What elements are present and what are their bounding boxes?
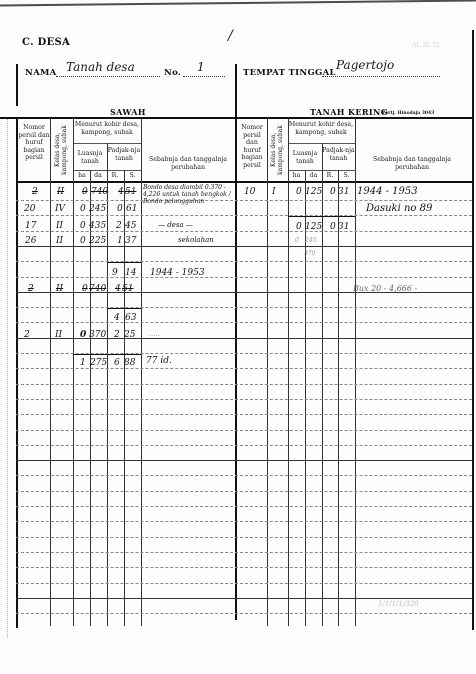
tk-sebab: Dasuki no 89 (366, 203, 432, 214)
tk-da: 370 (304, 250, 315, 257)
row-rule (16, 430, 472, 431)
sawah-nomor: 26 (25, 236, 36, 246)
tempat-tinggal-value: Pagertojo (336, 58, 394, 72)
row-rule (16, 506, 472, 507)
row-rule (16, 277, 472, 278)
row-rule (16, 567, 472, 568)
no-field[interactable]: 1 (183, 64, 225, 77)
tempat-tinggal-field[interactable]: Pagertojo (322, 64, 440, 77)
sawah-s: 45 (125, 221, 136, 231)
ledger-page: C. DESA / AL 32 72 NAMA Tanah desa No. 1… (0, 0, 476, 674)
sawah-col-ha: ha (74, 172, 90, 180)
tk-col-kelas: Kelas desa, kampong, subak (270, 122, 286, 178)
faint-bottom-note: 1/1/1/1/320 (378, 600, 419, 608)
sawah-s: 63 (125, 313, 136, 323)
tk-r: 0 (330, 187, 336, 197)
sawah-s: 37 (125, 236, 136, 246)
sawah-col-padjak: Padjak-nja tanah (107, 147, 141, 162)
row-rule (16, 491, 472, 492)
tk-col-nomor: Nomor persil dan huruf bagian persil (237, 124, 267, 170)
row-rule (16, 322, 472, 323)
row-rule (16, 215, 472, 216)
sawah-kelas: II (56, 221, 63, 231)
sawah-r: 1 (117, 236, 123, 246)
tk-col-sebab: Sebabnja dan tanggalnja perubahan (362, 156, 462, 171)
sawah-r: 2 (114, 330, 120, 340)
tk-col-menurut: Menurut kohir desa, kampong, subak (288, 121, 354, 136)
tk-ha: 0 (296, 187, 302, 197)
sawah-r: 6 (114, 358, 120, 368)
col-rule (141, 118, 142, 626)
sawah-da: 740 (89, 284, 106, 294)
sawah-r: 0 (117, 204, 123, 214)
tk-da: 245 (305, 237, 316, 244)
row-rule (16, 246, 472, 247)
tk-sebab: 1944 - 1953 (357, 186, 418, 197)
sawah-nomor: 20 (24, 204, 35, 214)
sawah-da: 275 (90, 358, 107, 368)
tk-r: 0 (330, 222, 336, 232)
sawah-da: 740 (91, 187, 108, 197)
col-rule (267, 118, 268, 626)
sawah-col-da: da (90, 172, 106, 180)
col-rule (73, 118, 74, 626)
tk-col-padjak: Padjak-nja tanah (322, 147, 355, 162)
header-top-rule (0, 117, 472, 119)
sawah-ha: 0 (80, 221, 86, 231)
no-value: 1 (197, 60, 205, 74)
subtotal-rule (288, 216, 355, 217)
tk-col-r: R. (322, 172, 338, 180)
col-rule (355, 118, 356, 626)
tk-kelas: I (272, 187, 276, 197)
sawah-kelas: II (55, 330, 62, 340)
binding-margin (7, 118, 8, 638)
sawah-col-sebab: Sebabnja dan tanggalnja perubahan (148, 156, 228, 171)
subtotal-rule (107, 262, 141, 263)
sawah-col-kelas: Kelas desa, kampong, subak (54, 122, 70, 178)
nama-value: Tanah desa (66, 60, 135, 74)
sawah-sebab: ..... (149, 330, 160, 338)
sawah-s: 25 (124, 330, 135, 340)
tk-da: 125 (305, 187, 322, 197)
sawah-kelas: IV (55, 204, 65, 214)
row-rule (16, 598, 472, 599)
sawah-nomor: 2 (24, 330, 30, 340)
sawah-da: 225 (89, 236, 106, 246)
col-rule (338, 170, 339, 626)
col-rule (50, 118, 51, 626)
sawah-kelas: II (56, 236, 63, 246)
tk-col-s: S. (338, 172, 355, 180)
sawah-nomor: 2 (32, 187, 38, 197)
sawah-col-luasnja: Luasnja tanah (74, 150, 106, 165)
sawah-col-r: R. (106, 172, 124, 180)
tk-col-luasnja: Luasnja tanah (288, 150, 322, 165)
tk-s: 31 (338, 187, 349, 197)
row-rule (16, 460, 472, 461)
faint-stamp: AL 32 72 (412, 42, 439, 49)
corner-mark: / (228, 28, 233, 44)
sawah-ha: 0 (80, 236, 86, 246)
sawah-col-s: S. (124, 172, 141, 180)
sawah-s: 61 (126, 204, 137, 214)
row-rule (16, 445, 472, 446)
tk-col-da: da (305, 172, 322, 180)
tk-sebab: Bux 20 - 4,666 - (353, 284, 417, 293)
row-rule (16, 475, 472, 476)
frame-left-top (16, 64, 18, 106)
row-rule (16, 399, 472, 400)
tk-col-ha: ha (288, 172, 305, 180)
nama-field[interactable]: Tanah desa (56, 64, 160, 77)
sawah-da: 245 (89, 204, 106, 214)
tanah-kering-heading: TANAH KERING (310, 107, 388, 117)
sawah-nomor: 2 (28, 284, 34, 294)
sawah-s: 88 (124, 358, 135, 368)
no-label: No. (164, 68, 181, 78)
tk-s: 31 (338, 222, 349, 232)
sawah-r: 4 (118, 187, 124, 197)
sawah-r: 4 (115, 284, 121, 294)
row-rule (16, 384, 472, 385)
sawah-kelas: II (56, 284, 63, 294)
printer-note: Pertj. Hinodaja 3043 (382, 111, 434, 116)
sawah-sebab: 77 id. (146, 356, 172, 366)
row-rule (16, 521, 472, 522)
row-rule (16, 537, 472, 538)
sawah-r: 4 (114, 313, 120, 323)
sawah-col-nomor: Nomor persil dan huruf bagian persil (18, 124, 50, 162)
row-rule (16, 261, 472, 262)
row-rule (16, 368, 472, 369)
sawah-da: 370 (89, 330, 106, 340)
sawah-col-menurut: Menurut kohir desa, kampong, subak (74, 121, 140, 136)
total-rule (73, 354, 141, 355)
sawah-da: 435 (89, 221, 106, 231)
sawah-r: 2 (116, 221, 122, 231)
tk-ha: 0 (296, 222, 302, 232)
sawah-sebab: Bondo desa diambil 0.370 - 4,226 untuk t… (143, 184, 238, 205)
header-bottom-rule (16, 181, 472, 183)
sawah-s: 51 (125, 187, 136, 197)
sawah-ha: 0 (82, 187, 88, 197)
row-rule (16, 613, 472, 614)
sawah-s: 14 (125, 268, 136, 278)
tk-nomor: 10 (244, 187, 255, 197)
sawah-sebab: 1944 - 1953 (150, 268, 205, 278)
row-rule (16, 231, 472, 232)
nama-label: NAMA (25, 68, 57, 78)
frame-right (472, 30, 474, 630)
col-rule (288, 118, 289, 626)
sawah-heading: SAWAH (110, 107, 146, 117)
row-rule (16, 414, 472, 415)
row-rule (16, 552, 472, 553)
page-top-edge (0, 0, 476, 11)
sawah-ha: 0 (80, 204, 86, 214)
sawah-ha: 0 (80, 330, 86, 340)
sawah-kelas: II (57, 187, 64, 197)
sawah-sebab: — desa — (158, 221, 193, 229)
sawah-ha: 0 (82, 284, 88, 294)
tk-da: 125 (305, 222, 322, 232)
sawah-r: 9 (112, 268, 118, 278)
row-rule (16, 583, 472, 584)
subtotal-rule (107, 308, 141, 309)
section-title: C. DESA (22, 37, 70, 48)
row-rule (16, 200, 472, 201)
sawah-nomor: 17 (25, 221, 36, 231)
sawah-s: 51 (122, 284, 133, 294)
row-rule (16, 307, 472, 308)
sawah-ha: 1 (80, 358, 86, 368)
sawah-sebab: sekolahan (178, 236, 214, 244)
tk-ha: 0 (295, 237, 299, 244)
